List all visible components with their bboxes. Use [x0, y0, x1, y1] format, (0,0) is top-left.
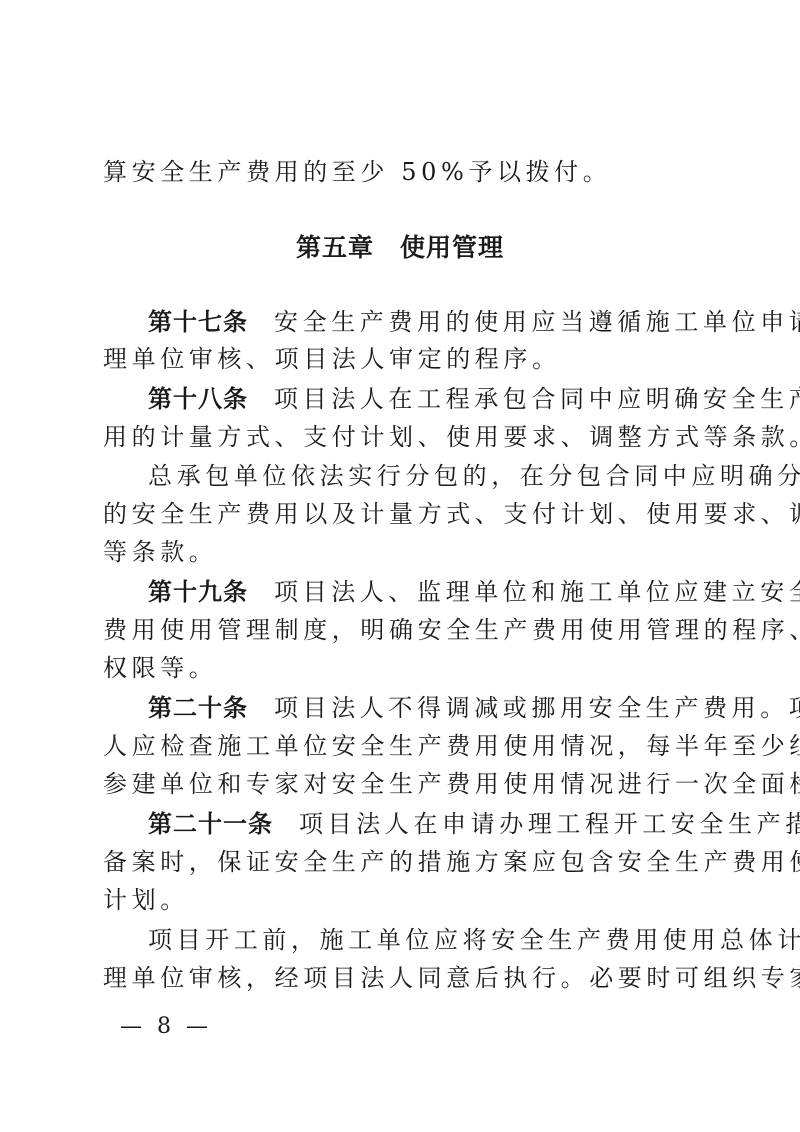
- article-20-line-2: 人应检查施工单位安全生产费用使用情况，每半年至少组织有关: [103, 731, 703, 761]
- article-21-line-1: 第二十一条项目法人在申请办理工程开工安全生产措施: [148, 809, 748, 839]
- article-19-line-2: 费用使用管理制度，明确安全生产费用使用管理的程序、职责及: [103, 615, 703, 645]
- article-19-line-1: 第十九条项目法人、监理单位和施工单位应建立安全生产: [148, 577, 748, 607]
- article-18-para2-line-2: 的安全生产费用以及计量方式、支付计划、使用要求、调整方式: [103, 499, 703, 529]
- chapter-heading: 第五章使用管理: [0, 228, 800, 264]
- article-label: 第十九条: [148, 578, 248, 606]
- article-label: 第十八条: [148, 385, 248, 413]
- document-page: 算安全生产费用的至少 50%予以拨付。 第五章使用管理 第十七条安全生产费用的使…: [0, 0, 800, 1132]
- article-21-line-3: 计划。: [103, 885, 703, 915]
- article-18-para2-line-1: 总承包单位依法实行分包的，在分包合同中应明确分包工程: [148, 461, 748, 491]
- article-18-line-1: 第十八条项目法人在工程承包合同中应明确安全生产费: [148, 384, 748, 414]
- article-18-para2-line-3: 等条款。: [103, 537, 703, 567]
- article-21-para2-line-2: 理单位审核，经项目法人同意后执行。必要时可组织专家评审，: [103, 963, 703, 993]
- chapter-number: 第五章: [296, 233, 374, 262]
- page-number: — 8 —: [120, 1014, 212, 1039]
- article-19-line-3: 权限等。: [103, 653, 703, 683]
- article-21-para2-line-1: 项目开工前，施工单位应将安全生产费用使用总体计划报监: [148, 925, 748, 955]
- article-21-line-2: 备案时，保证安全生产的措施方案应包含安全生产费用使用总体: [103, 847, 703, 877]
- article-20-line-3: 参建单位和专家对安全生产费用使用情况进行一次全面检查。: [103, 769, 703, 799]
- continued-paragraph: 算安全生产费用的至少 50%予以拨付。: [103, 157, 703, 187]
- article-18-line-2: 用的计量方式、支付计划、使用要求、调整方式等条款。: [103, 422, 703, 452]
- article-20-line-1: 第二十条项目法人不得调减或挪用安全生产费用。项目法: [148, 693, 748, 723]
- article-17-line-1: 第十七条安全生产费用的使用应当遵循施工单位申请、监: [148, 307, 748, 337]
- article-label: 第二十一条: [148, 810, 273, 838]
- chapter-title: 使用管理: [400, 233, 504, 262]
- article-label: 第二十条: [148, 694, 248, 722]
- article-17-line-2: 理单位审核、项目法人审定的程序。: [103, 344, 703, 374]
- article-label: 第十七条: [148, 308, 248, 336]
